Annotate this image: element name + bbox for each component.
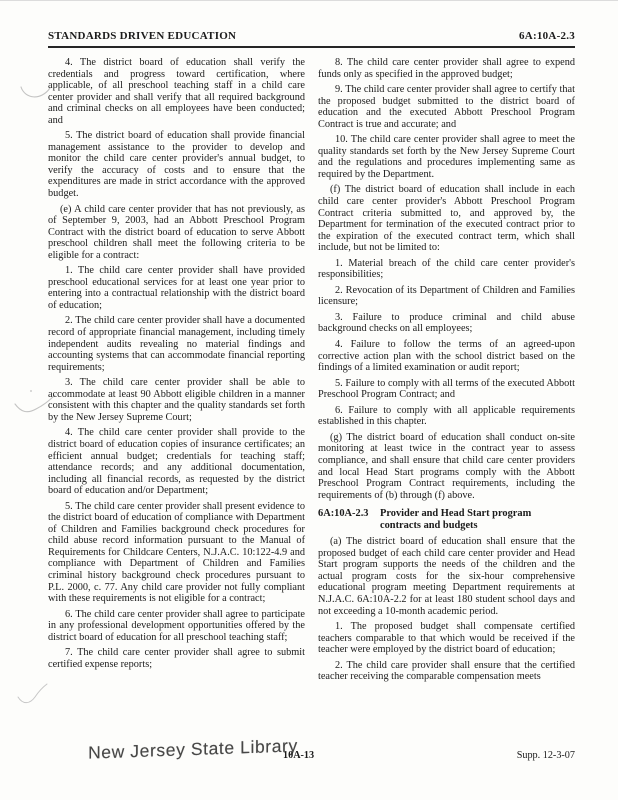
clause-e6: 6. The child care center provider shall … (48, 609, 305, 644)
clause-e4: 4. The child care center provider shall … (48, 427, 305, 496)
clause-f5: 5. Failure to comply with all terms of t… (318, 378, 575, 401)
clause-e10: 10. The child care center provider shall… (318, 134, 575, 180)
running-title: STANDARDS DRIVEN EDUCATION (48, 30, 236, 42)
clause-e8: 8. The child care center provider shall … (318, 57, 575, 80)
pen-mark (13, 676, 51, 708)
clause-f6: 6. Failure to comply with all applicable… (318, 405, 575, 428)
subsection-e: (e) A child care center provider that ha… (48, 204, 305, 262)
clause-f2: 2. Revocation of its Department of Child… (318, 285, 575, 308)
clause-d4: 4. The district board of education shall… (48, 57, 305, 126)
page-header: STANDARDS DRIVEN EDUCATION 6A:10A-2.3 (48, 30, 575, 42)
clause-f3: 3. Failure to produce criminal and child… (318, 312, 575, 335)
clause-d5: 5. The district board of education shall… (48, 130, 305, 199)
subsection-a: (a) The district board of education shal… (318, 536, 575, 617)
clause-e1: 1. The child care center provider shall … (48, 265, 305, 311)
text-columns: 4. The district board of education shall… (48, 57, 575, 747)
section-number: 6A:10A-2.3 (318, 508, 380, 531)
right-column: 8. The child care center provider shall … (318, 57, 575, 747)
subsection-g: (g) The district board of education shal… (318, 432, 575, 501)
clause-e5: 5. The child care center provider shall … (48, 501, 305, 605)
document-page: STANDARDS DRIVEN EDUCATION 6A:10A-2.3 4.… (0, 0, 618, 800)
page-number: 10A-13 (283, 750, 314, 761)
clause-a2: 2. The child care provider shall ensure … (318, 660, 575, 683)
clause-e2: 2. The child care center provider shall … (48, 315, 305, 373)
clause-f4: 4. Failure to follow the terms of an agr… (318, 339, 575, 374)
scan-edge-artifact (0, 0, 618, 1)
section-heading: 6A:10A-2.3 Provider and Head Start progr… (318, 508, 575, 531)
clause-e7: 7. The child care center provider shall … (48, 647, 305, 670)
left-column: 4. The district board of education shall… (48, 57, 305, 747)
clause-f1: 1. Material breach of the child care cen… (318, 258, 575, 281)
header-section-code: 6A:10A-2.3 (519, 30, 575, 42)
clause-e3: 3. The child care center provider shall … (48, 377, 305, 423)
section-title: Provider and Head Start program contract… (380, 508, 573, 531)
clause-a1: 1. The proposed budget shall compensate … (318, 621, 575, 656)
subsection-f: (f) The district board of education shal… (318, 184, 575, 253)
clause-e9: 9. The child care center provider shall … (318, 84, 575, 130)
supplement-date: Supp. 12-3-07 (517, 750, 575, 761)
header-rule (48, 46, 575, 48)
